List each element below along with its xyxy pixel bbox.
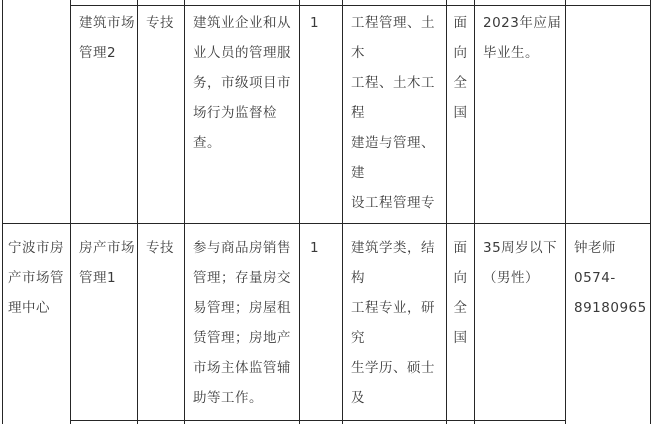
cell-recruit-scope-row1: 面 向 全 国 <box>447 6 474 223</box>
grid-vline-table-right <box>650 0 651 424</box>
cell-headcount-row1: 1 <box>300 6 342 223</box>
cell-position-row2: 房产市场 管理1 <box>71 224 137 420</box>
cell-contact-row2: 钟老师 0574- 89180965 <box>566 224 650 424</box>
recruitment-table-fragment: 建筑市场 管理2 专技 建筑业企业和从 业人员的管理服 务，市级项目市 场行为监… <box>0 0 656 424</box>
cell-org-row1 <box>2 6 70 223</box>
cell-recruit-scope-row2: 面 向 全 国 <box>447 224 474 420</box>
cell-other-requirements-row2: 35周岁以下 （男性） <box>475 224 565 420</box>
cell-duties-row2: 参与商品房销售 管理；存量房交 易管理；房屋租 赁管理；房地产 市场主体监管辅 … <box>185 224 299 420</box>
cell-headcount-row2: 1 <box>300 224 342 420</box>
cell-category-row2: 专技 <box>138 224 184 420</box>
cell-contact-row1 <box>566 6 650 223</box>
cell-category-row1: 专技 <box>138 6 184 223</box>
cell-major-requirements-row1: 工程管理、土木 工程、土木工程 建造与管理、建 设工程管理专 业，研究生学 历，… <box>343 6 446 223</box>
cell-position-row1: 建筑市场 管理2 <box>71 6 137 223</box>
cell-major-requirements-row2: 建筑学类，结构 工程专业，研究 生学历、硕士及 以上学位。 <box>343 224 446 420</box>
cell-org-row2: 宁波市房 产市场管 理中心 <box>2 224 70 424</box>
cell-duties-row1: 建筑业企业和从 业人员的管理服 务，市级项目市 场行为监督检 查。 <box>185 6 299 223</box>
grid-hline-row2-bottom <box>70 420 566 421</box>
cell-other-requirements-row1: 2023年应届 毕业生。 <box>475 6 565 223</box>
